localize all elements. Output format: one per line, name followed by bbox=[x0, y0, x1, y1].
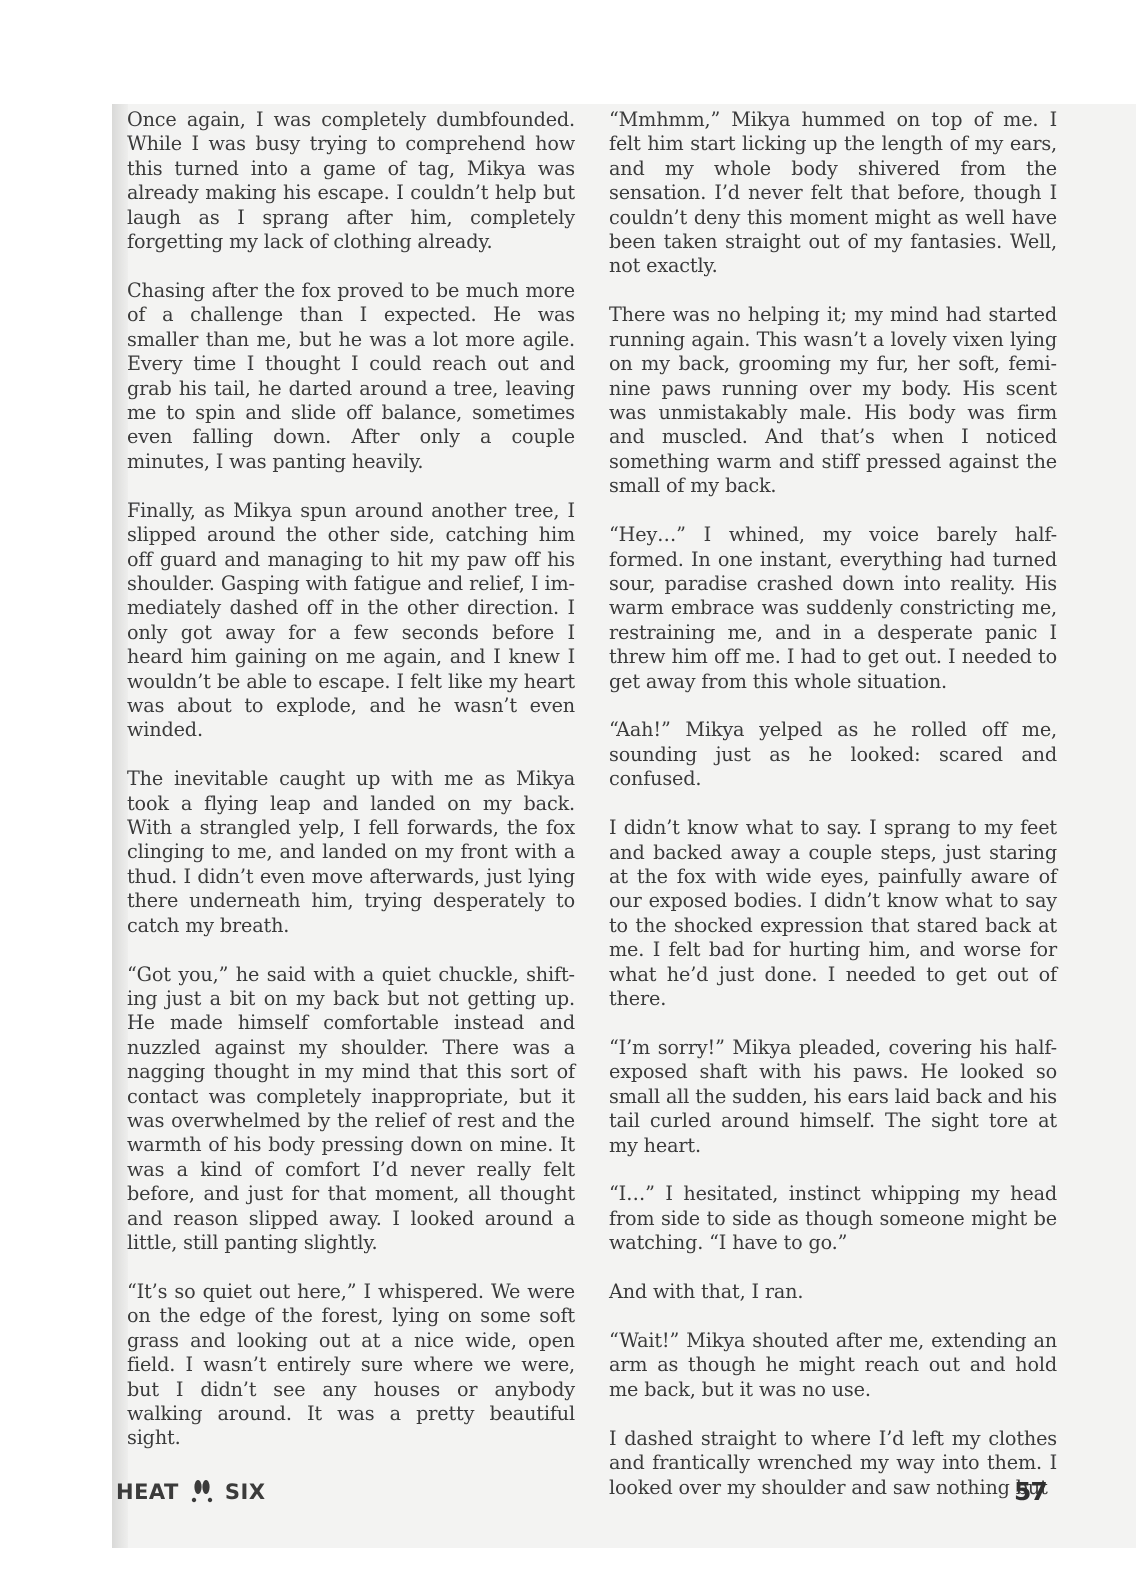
paragraph: There was no helping it; my mind had sta… bbox=[609, 303, 1057, 498]
paragraph: The inevitable caught up with me as Miky… bbox=[127, 767, 575, 938]
left-text-column: Once again, I was completely dumbfounded… bbox=[127, 108, 575, 1475]
paragraph: Finally, as Mikya spun around another tr… bbox=[127, 499, 575, 743]
paragraph: Chasing after the fox proved to be much … bbox=[127, 279, 575, 474]
brand-right-text: SIX bbox=[225, 1480, 266, 1504]
paragraph: “Got you,” he said with a quiet chuckle,… bbox=[127, 963, 575, 1256]
paragraph: “Wait!” Mikya shouted after me, extendin… bbox=[609, 1329, 1057, 1402]
page-number: 57 bbox=[1014, 1477, 1047, 1506]
paragraph: “I…” I hesitated, instinct whipping my h… bbox=[609, 1182, 1057, 1255]
paragraph: “I’m sorry!” Mikya pleaded, covering his… bbox=[609, 1036, 1057, 1158]
paragraph: And with that, I ran. bbox=[609, 1280, 1057, 1304]
paragraph: “Aah!” Mikya yelped as he rolled off me,… bbox=[609, 718, 1057, 791]
right-text-column: “Mmhmm,” Mikya hummed on top of me. I fe… bbox=[609, 108, 1057, 1525]
paragraph: I didn’t know what to say. I sprang to m… bbox=[609, 816, 1057, 1011]
paragraph: I dashed straight to where I’d left my c… bbox=[609, 1427, 1057, 1500]
paragraph: “Hey…” I whined, my voice barely half-fo… bbox=[609, 523, 1057, 694]
paragraph: “Mmhmm,” Mikya hummed on top of me. I fe… bbox=[609, 108, 1057, 279]
scan-binding-shadow bbox=[112, 104, 128, 1548]
paragraph: “It’s so quiet out here,” I whispered. W… bbox=[127, 1280, 575, 1451]
paragraph: Once again, I was completely dumbfounded… bbox=[127, 108, 575, 254]
brand-left-text: HEAT bbox=[116, 1480, 179, 1504]
magazine-brand: HEAT SIX bbox=[116, 1478, 266, 1506]
paw-print-icon bbox=[191, 1479, 213, 1505]
